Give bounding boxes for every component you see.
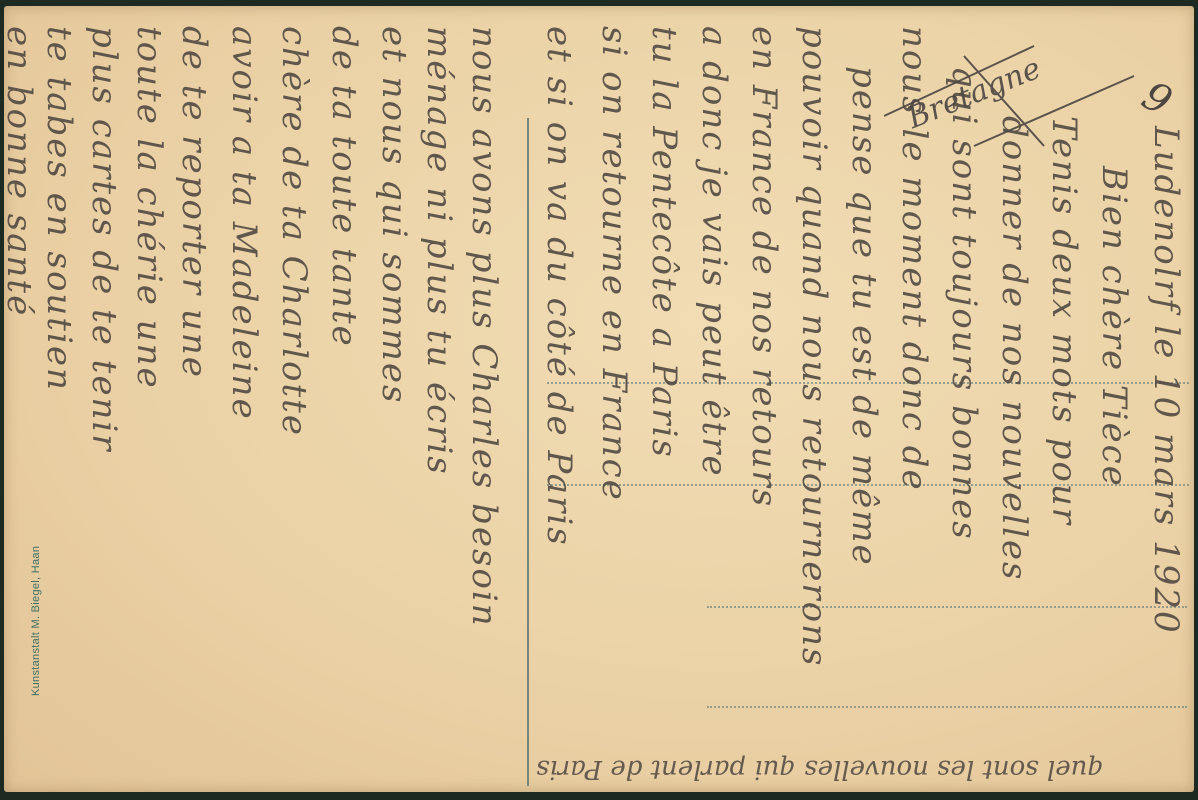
handwriting-line: chère de ta Charlotte xyxy=(274,26,314,437)
handwriting-line: pense que tu est de même xyxy=(844,66,884,567)
address-line xyxy=(707,706,1187,708)
handwriting-line: qui sont toujours bonnes xyxy=(944,66,984,541)
handwriting-line: de ta toute tante xyxy=(324,26,364,348)
handwriting-line: Ludenolrf le 10 mars 1920 xyxy=(1146,126,1186,635)
publisher-imprint: Kunstanstalt M. Biegel, Haan xyxy=(30,546,42,696)
handwriting-line: Bien chère Tièce xyxy=(1094,166,1134,488)
handwriting-line: toute la chérie une xyxy=(129,26,169,390)
handwriting-line: te tabes en soutien xyxy=(39,26,79,392)
handwriting-line: ménage ni plus tu écris xyxy=(419,26,459,476)
handwriting-line: Tenis deux mots pour xyxy=(1044,116,1084,526)
handwriting-line: en France de nos retours xyxy=(744,26,784,508)
postcard-back: Kunstanstalt M. Biegel, Haan Bretagne 9 … xyxy=(4,6,1194,792)
handwriting-bottom-line: quel sont les nouvelles qui parlent de P… xyxy=(536,754,1104,784)
handwriting-line: de te reporter une xyxy=(174,26,214,379)
handwriting-line: et nous qui sommes xyxy=(374,26,414,404)
postcard-divider xyxy=(527,118,529,786)
handwriting-line: plus cartes de te tenir xyxy=(84,26,124,453)
handwriting-line: tu la Pentecôte a Paris xyxy=(644,26,684,459)
handwriting-line: et si on va du côté de Paris xyxy=(539,26,579,547)
address-line xyxy=(707,606,1187,608)
handwriting-line: avoir a ta Madeleine xyxy=(224,26,264,421)
handwriting-line: si on retourne en France xyxy=(594,26,634,502)
handwriting-line: a donc je vais peut être xyxy=(694,26,734,478)
handwriting-line: nous avons plus Charles besoin xyxy=(464,26,504,628)
handwriting-line: pouvoir quand nous retournerons xyxy=(794,26,834,667)
handwriting-line: donner de nos nouvelles xyxy=(994,116,1034,581)
handwriting-line: en bonne santé xyxy=(4,26,39,317)
handwriting-line: nous le moment donc de xyxy=(894,26,934,492)
